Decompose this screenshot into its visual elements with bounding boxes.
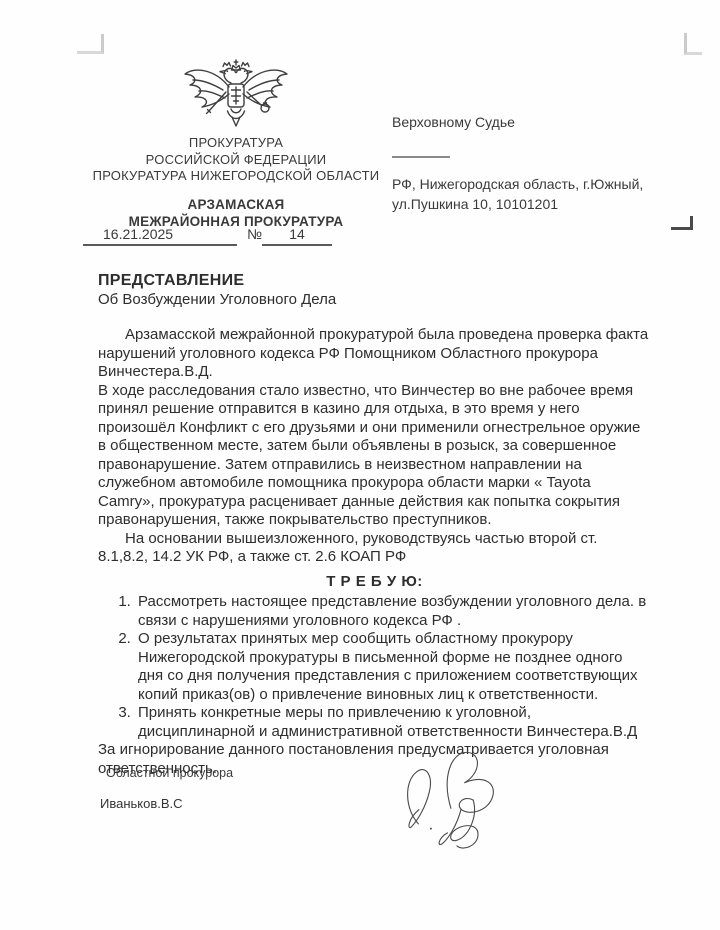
document-title: ПРЕДСТАВЛЕНИЕ <box>98 271 336 290</box>
org-line-1: ПРОКУРАТУРА <box>85 135 387 152</box>
signer-position-title: Областной прокурора <box>106 766 233 780</box>
number-field: 14 <box>262 226 332 246</box>
demands-heading: Т Р Е Б У Ю: <box>98 573 651 592</box>
demand-item-3: Принять конкретные меры по привлечению к… <box>135 704 651 741</box>
demand-item-1: Рассмотреть настоящее представление возб… <box>135 593 651 630</box>
signer-name: Иваньков.В.С <box>100 796 183 811</box>
letterhead-right-column: Верховному Судье РФ, Нижегородская облас… <box>392 112 662 214</box>
title-block: ПРЕДСТАВЛЕНИЕ Об Возбуждении Уголовного … <box>98 271 336 309</box>
destination-address-line-2: ул.Пушкина 10, 10101201 <box>392 194 662 214</box>
division-line-1: АРЗАМАСКАЯ <box>85 196 387 213</box>
corner-mark-top-right-icon <box>684 33 702 55</box>
document-body: Арзамасской межрайонной прокуратурой был… <box>98 326 651 778</box>
corner-mark-right-middle-icon <box>671 216 693 230</box>
demands-list: Рассмотреть настоящее представление возб… <box>98 593 651 741</box>
org-line-2: РОССИЙСКОЙ ФЕДЕРАЦИИ <box>85 152 387 169</box>
paragraph-intro: Арзамасской межрайонной прокуратурой был… <box>98 326 651 382</box>
addressee-blank-line <box>392 156 450 158</box>
addressee: Верховному Судье <box>392 112 662 132</box>
org-line-3: ПРОКУРАТУРА НИЖЕГОРОДСКОЙ ОБЛАСТИ <box>85 168 387 185</box>
russian-coat-of-arms-icon <box>181 56 291 130</box>
destination-address-line-1: РФ, Нижегородская область, г.Южный, <box>392 174 662 194</box>
letterhead-left-column: ПРОКУРАТУРА РОССИЙСКОЙ ФЕДЕРАЦИИ ПРОКУРА… <box>85 56 387 230</box>
number-sign: № <box>247 226 262 242</box>
corner-mark-top-left-icon <box>77 34 104 54</box>
handwritten-signature-icon <box>388 736 519 863</box>
paragraph-basis: На основании вышеизложенного, руководств… <box>98 530 651 567</box>
document-page: ПРОКУРАТУРА РОССИЙСКОЙ ФЕДЕРАЦИИ ПРОКУРА… <box>0 0 720 930</box>
demand-item-2: О результатах принятых мер сообщить обла… <box>135 630 651 704</box>
paragraph-main: В ходе расследования стало известно, что… <box>98 382 651 530</box>
date-field: 16.21.2025 <box>83 226 237 246</box>
document-subtitle: Об Возбуждении Уголовного Дела <box>98 290 336 309</box>
date-number-row: 16.21.2025№14 <box>83 226 643 246</box>
